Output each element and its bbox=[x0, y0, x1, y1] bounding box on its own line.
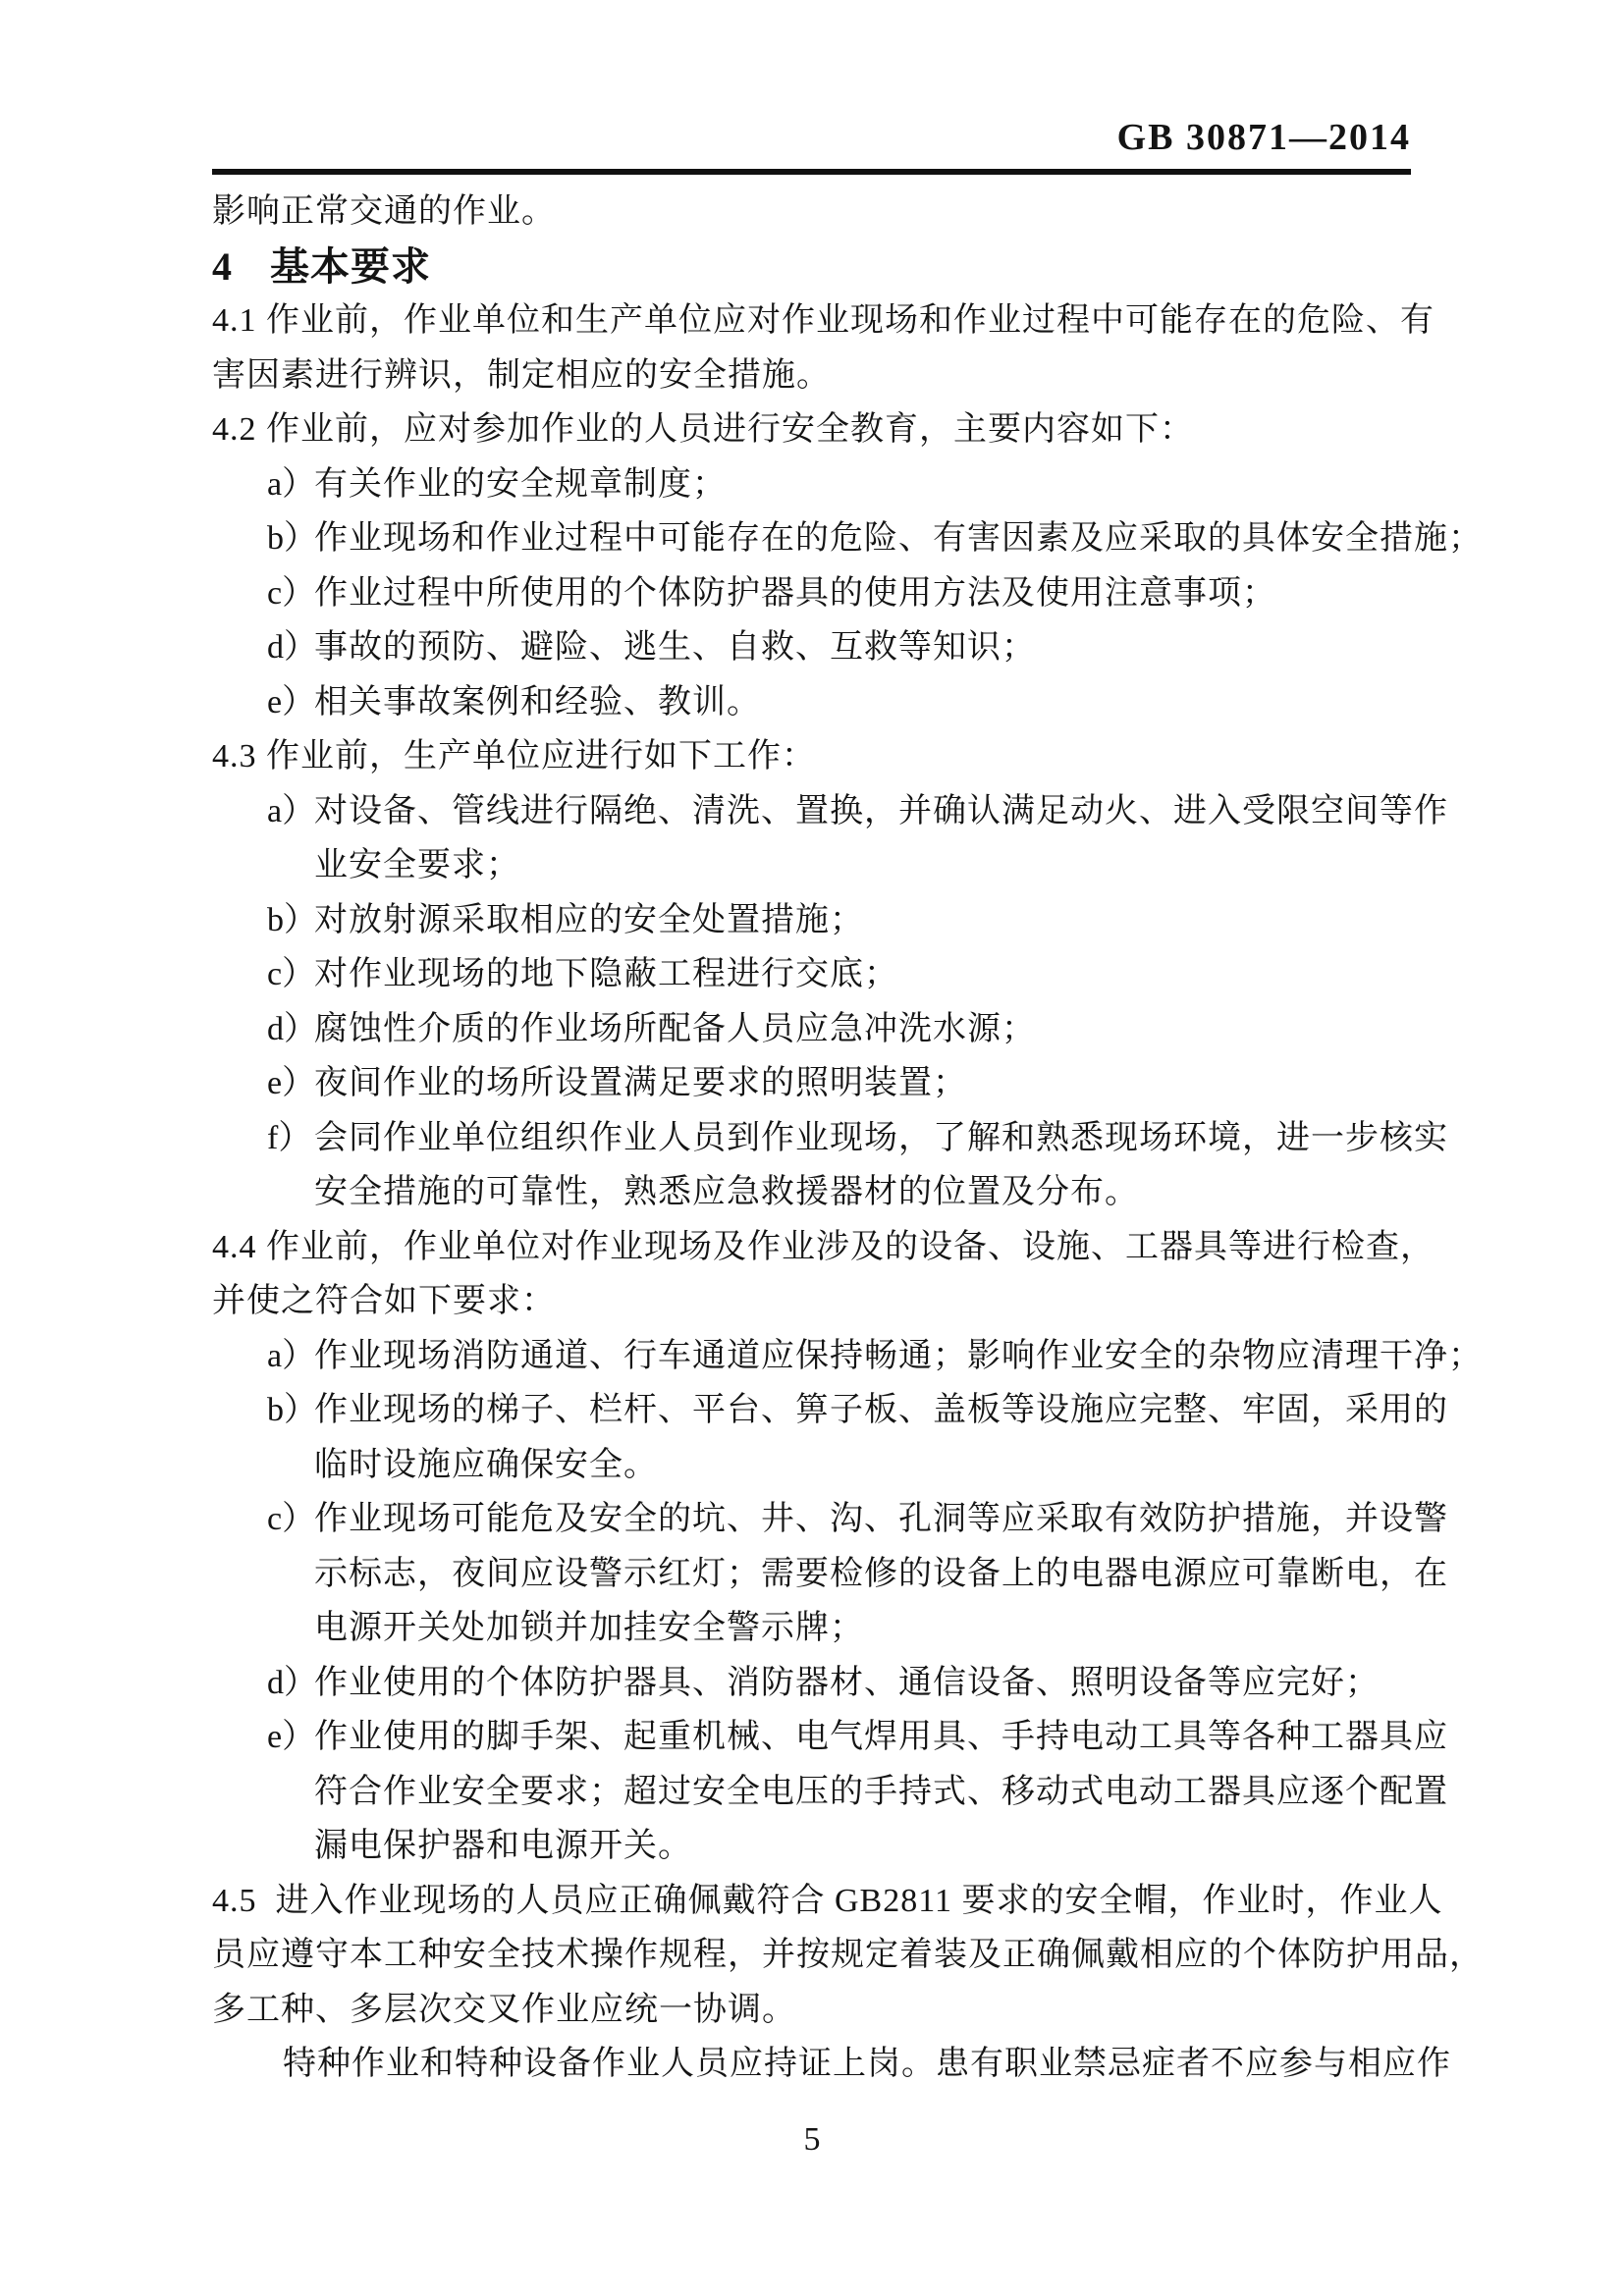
paragraph-line: 4.5 进入作业现场的人员应正确佩戴符合 GB2811 要求的安全帽，作业时，作… bbox=[212, 1874, 1411, 1929]
list-item-line: d）作业使用的个体防护器具、消防器材、通信设备、照明设备等应完好； bbox=[212, 1656, 1411, 1711]
list-item-line: b）对放射源采取相应的安全处置措施； bbox=[212, 893, 1411, 948]
paragraph-line: 业安全要求； bbox=[212, 838, 1411, 893]
line-text: 对放射源采取相应的安全处置措施； bbox=[314, 902, 864, 938]
list-item-line: b）作业现场和作业过程中可能存在的危险、有害因素及应采取的具体安全措施； bbox=[212, 511, 1411, 566]
list-item-line: b）作业现场的梯子、栏杆、平台、箅子板、盖板等设施应完整、牢固，采用的 bbox=[212, 1383, 1411, 1438]
list-marker: a） bbox=[267, 1329, 314, 1384]
list-item-line: d）腐蚀性介质的作业场所配备人员应急冲洗水源； bbox=[212, 1002, 1411, 1057]
header-rule bbox=[212, 169, 1411, 175]
line-text: 电源开关处加锁并加挂安全警示牌； bbox=[314, 1610, 864, 1646]
list-marker: e） bbox=[267, 1056, 314, 1111]
list-item-line: f）会同作业单位组织作业人员到作业现场，了解和熟悉现场环境，进一步核实 bbox=[212, 1111, 1411, 1166]
paragraph-line: 多工种、多层次交叉作业应统一协调。 bbox=[212, 1983, 1411, 2038]
section-title: 基本要求 bbox=[270, 244, 431, 289]
page-content: 影响正常交通的作业。4基本要求4.1 作业前，作业单位和生产单位应对作业现场和作… bbox=[212, 185, 1411, 2092]
line-text: 相关事故案例和经验、教训。 bbox=[314, 684, 761, 721]
line-text: 对作业现场的地下隐蔽工程进行交底； bbox=[314, 956, 898, 992]
section-heading: 4基本要求 bbox=[212, 240, 1411, 294]
paragraph-line: 4.4 作业前，作业单位对作业现场及作业涉及的设备、设施、工器具等进行检查， bbox=[212, 1220, 1411, 1275]
line-text: 夜间作业的场所设置满足要求的照明装置； bbox=[314, 1065, 967, 1101]
standard-number: GB 30871—2014 bbox=[212, 116, 1411, 159]
line-text: 员应遵守本工种安全技术操作规程，并按规定着装及正确佩戴相应的个体防护用品， bbox=[212, 1937, 1484, 1973]
line-text: 并使之符合如下要求： bbox=[212, 1283, 556, 1319]
list-marker: e） bbox=[267, 675, 314, 730]
line-text: 作业使用的个体防护器具、消防器材、通信设备、照明设备等应完好； bbox=[314, 1665, 1380, 1701]
line-text: 业安全要求； bbox=[314, 847, 520, 883]
page-number: 5 bbox=[0, 2118, 1624, 2162]
line-text: 腐蚀性介质的作业场所配备人员应急冲洗水源； bbox=[314, 1011, 1036, 1047]
line-text: 害因素进行辨识，制定相应的安全措施。 bbox=[212, 357, 831, 394]
paragraph-line: 并使之符合如下要求： bbox=[212, 1274, 1411, 1329]
paragraph-line: 员应遵守本工种安全技术操作规程，并按规定着装及正确佩戴相应的个体防护用品， bbox=[212, 1928, 1411, 1983]
list-item-line: c）作业现场可能危及安全的坑、井、沟、孔洞等应采取有效防护措施，并设警 bbox=[212, 1492, 1411, 1547]
paragraph-line: 电源开关处加锁并加挂安全警示牌； bbox=[212, 1601, 1411, 1656]
line-text: 多工种、多层次交叉作业应统一协调。 bbox=[212, 1992, 796, 2028]
paragraph-line: 符合作业安全要求；超过安全电压的手持式、移动式电动工器具应逐个配置 bbox=[212, 1765, 1411, 1820]
line-text: 作业使用的脚手架、起重机械、电气焊用具、手持电动工具等各种工器具应 bbox=[314, 1719, 1448, 1755]
paragraph-line: 4.3 作业前，生产单位应进行如下工作： bbox=[212, 729, 1411, 784]
list-marker: c） bbox=[267, 1492, 314, 1547]
line-text: 漏电保护器和电源开关。 bbox=[314, 1828, 692, 1864]
paragraph-line: 特种作业和特种设备作业人员应持证上岗。患有职业禁忌症者不应参与相应作 bbox=[212, 2037, 1411, 2092]
section-number: 4 bbox=[212, 244, 233, 289]
list-item-line: e）作业使用的脚手架、起重机械、电气焊用具、手持电动工具等各种工器具应 bbox=[212, 1710, 1411, 1765]
line-text: 安全措施的可靠性，熟悉应急救援器材的位置及分布。 bbox=[314, 1174, 1139, 1210]
list-item-line: a）作业现场消防通道、行车通道应保持畅通；影响作业安全的杂物应清理干净； bbox=[212, 1329, 1411, 1384]
list-marker: c） bbox=[267, 947, 314, 1002]
list-marker: b） bbox=[267, 511, 314, 566]
paragraph-line: 安全措施的可靠性，熟悉应急救援器材的位置及分布。 bbox=[212, 1165, 1411, 1220]
paragraph-line: 临时设施应确保安全。 bbox=[212, 1438, 1411, 1493]
list-item-line: c）作业过程中所使用的个体防护器具的使用方法及使用注意事项； bbox=[212, 566, 1411, 621]
list-item-line: a）有关作业的安全规章制度； bbox=[212, 457, 1411, 512]
paragraph-line: 影响正常交通的作业。 bbox=[212, 185, 1411, 240]
paragraph-line: 示标志，夜间应设警示红灯；需要检修的设备上的电器电源应可靠断电，在 bbox=[212, 1547, 1411, 1602]
paragraph-line: 4.2 作业前，应对参加作业的人员进行安全教育，主要内容如下： bbox=[212, 402, 1411, 457]
list-item-line: c）对作业现场的地下隐蔽工程进行交底； bbox=[212, 947, 1411, 1002]
list-item-line: e）夜间作业的场所设置满足要求的照明装置； bbox=[212, 1056, 1411, 1111]
paragraph-line: 害因素进行辨识，制定相应的安全措施。 bbox=[212, 348, 1411, 403]
list-marker: b） bbox=[267, 893, 314, 948]
list-item-line: a）对设备、管线进行隔绝、清洗、置换，并确认满足动火、进入受限空间等作 bbox=[212, 784, 1411, 839]
line-text: 特种作业和特种设备作业人员应持证上岗。患有职业禁忌症者不应参与相应作 bbox=[283, 2046, 1451, 2082]
paragraph-line: 4.1 作业前，作业单位和生产单位应对作业现场和作业过程中可能存在的危险、有 bbox=[212, 294, 1411, 348]
line-text: 有关作业的安全规章制度； bbox=[314, 466, 727, 503]
line-text: 作业现场的梯子、栏杆、平台、箅子板、盖板等设施应完整、牢固，采用的 bbox=[314, 1392, 1448, 1428]
line-text: 4.4 作业前，作业单位对作业现场及作业涉及的设备、设施、工器具等进行检查， bbox=[212, 1229, 1435, 1265]
list-marker: a） bbox=[267, 457, 314, 512]
list-item-line: e）相关事故案例和经验、教训。 bbox=[212, 675, 1411, 730]
document-page: GB 30871—2014 影响正常交通的作业。4基本要求4.1 作业前，作业单… bbox=[0, 0, 1624, 2296]
line-text: 示标志，夜间应设警示红灯；需要检修的设备上的电器电源应可靠断电，在 bbox=[314, 1556, 1448, 1592]
line-text: 作业过程中所使用的个体防护器具的使用方法及使用注意事项； bbox=[314, 575, 1276, 612]
list-marker: e） bbox=[267, 1710, 314, 1765]
line-text: 对设备、管线进行隔绝、清洗、置换，并确认满足动火、进入受限空间等作 bbox=[314, 793, 1448, 829]
paragraph-line: 漏电保护器和电源开关。 bbox=[212, 1819, 1411, 1874]
line-text: 作业现场消防通道、行车通道应保持畅通；影响作业安全的杂物应清理干净； bbox=[314, 1338, 1483, 1374]
line-text: 4.3 作业前，生产单位应进行如下工作： bbox=[212, 738, 816, 774]
line-text: 事故的预防、避险、逃生、自救、互救等知识； bbox=[314, 629, 1036, 666]
line-text: 4.2 作业前，应对参加作业的人员进行安全教育，主要内容如下： bbox=[212, 411, 1194, 448]
line-text: 4.5 进入作业现场的人员应正确佩戴符合 GB2811 要求的安全帽，作业时，作… bbox=[212, 1883, 1442, 1919]
line-text: 4.1 作业前，作业单位和生产单位应对作业现场和作业过程中可能存在的危险、有 bbox=[212, 302, 1435, 339]
list-marker: f） bbox=[267, 1111, 314, 1166]
line-text: 作业现场可能危及安全的坑、井、沟、孔洞等应采取有效防护措施，并设警 bbox=[314, 1501, 1448, 1537]
line-text: 作业现场和作业过程中可能存在的危险、有害因素及应采取的具体安全措施； bbox=[314, 520, 1483, 557]
list-marker: a） bbox=[267, 784, 314, 839]
line-text: 符合作业安全要求；超过安全电压的手持式、移动式电动工器具应逐个配置 bbox=[314, 1774, 1448, 1810]
list-item-line: d）事故的预防、避险、逃生、自救、互救等知识； bbox=[212, 620, 1411, 675]
line-text: 临时设施应确保安全。 bbox=[314, 1447, 658, 1483]
line-text: 会同作业单位组织作业人员到作业现场，了解和熟悉现场环境，进一步核实 bbox=[314, 1120, 1448, 1156]
list-marker: d） bbox=[267, 1002, 314, 1057]
list-marker: c） bbox=[267, 566, 314, 621]
list-marker: b） bbox=[267, 1383, 314, 1438]
line-text: 影响正常交通的作业。 bbox=[212, 193, 556, 230]
list-marker: d） bbox=[267, 1656, 314, 1711]
list-marker: d） bbox=[267, 620, 314, 675]
